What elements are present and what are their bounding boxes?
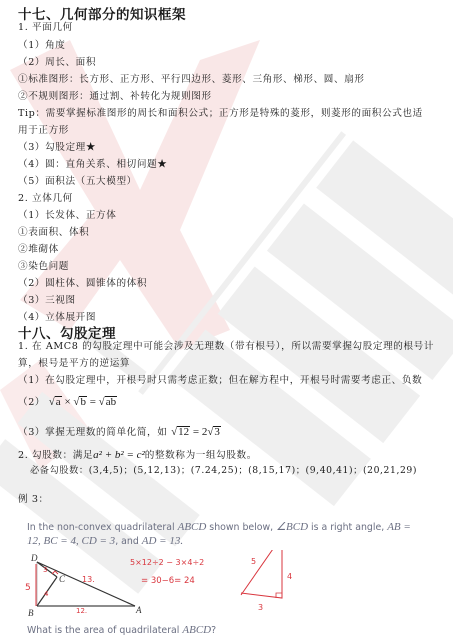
- math-abcd: ABCD: [178, 521, 207, 533]
- math-angle-bcd: ∠BCD: [276, 521, 308, 533]
- definition-prefix: 2. 勾股数：满足: [18, 450, 93, 461]
- list-item: ②不规则图形：通过割、补转化为规则图形: [18, 91, 212, 103]
- radicand-b: b: [79, 396, 87, 408]
- list-item: （1）长发体、正方体: [18, 210, 116, 222]
- ink-tri-hyp: 5: [251, 557, 256, 566]
- item-prefix: （3）掌握无理数的简单化简，如: [18, 427, 167, 438]
- triples-values: (3,4,5)；(5,12,13)；(7.24,25)；(8,15,17)；(9…: [89, 465, 417, 476]
- question-text: What is the area of quadrilateral: [27, 625, 182, 636]
- item-prefix: （2）: [18, 397, 45, 408]
- example-label: 例 3：: [18, 494, 49, 506]
- problem-text: is a right angle,: [308, 522, 387, 533]
- list-item: （3）勾股定理★: [18, 142, 96, 154]
- list-item: ③染色问题: [18, 261, 69, 273]
- math-lengths: 12, BC = 4, CD = 3: [27, 535, 115, 547]
- list-item: ②堆砌体: [18, 244, 59, 256]
- problem-text: , and: [115, 536, 142, 547]
- problem-text: shown below,: [206, 522, 276, 533]
- ink-calc-line1: 5×12÷2 − 3×4÷2: [130, 558, 204, 567]
- paragraph-line: 1. 在 AMC8 的勾股定理中可能会涉及无理数（带有根号），所以需要掌握勾股定…: [18, 341, 434, 353]
- ink-calc-line2: = 30−6= 24: [141, 576, 195, 586]
- list-item: （5）面积法（五大模型）: [18, 176, 137, 188]
- ink-side-da: 13.: [82, 575, 95, 584]
- ink-side-bc: 4: [44, 590, 49, 598]
- list-item: （3）三视图: [18, 295, 76, 307]
- paragraph-line: 算，根号是平方的逆运算: [18, 358, 130, 370]
- sqrt-simplify-formula: √12 = 2√3: [171, 426, 221, 438]
- pythagorean-formula: a² + b² = c²: [93, 449, 145, 461]
- ink-side-triangle: [241, 550, 282, 598]
- list-item: ①标准图形：长方形、正方形、平行四边形、菱形、三角形、梯形、圆、扇形: [18, 74, 365, 86]
- radicand-12: 12: [177, 426, 190, 438]
- math-abcd: ABCD: [182, 624, 211, 636]
- problem-statement-line1: In the non-convex quadrilateral ABCD sho…: [27, 520, 411, 533]
- list-item: 1. 平面几何: [18, 22, 73, 34]
- times-sign: ×: [64, 396, 70, 408]
- equals-two: = 2: [193, 426, 207, 438]
- list-item: ①表面积、体积: [18, 227, 89, 239]
- radicand-ab: ab: [105, 396, 117, 408]
- list-item: （4）圆：直角关系、相切问题★: [18, 159, 167, 171]
- problem-statement-line2: 12, BC = 4, CD = 3, and AD = 13.: [27, 535, 183, 547]
- label-c: C: [59, 574, 66, 584]
- pythagorean-triple-definition: 2. 勾股数：满足a² + b² = c²的整数称为一组勾股数。: [18, 449, 257, 462]
- triples-label: 必备勾股数：: [30, 465, 89, 476]
- list-item: （1）角度: [18, 40, 65, 52]
- ink-side-ba: 12.: [76, 607, 87, 615]
- question-line: What is the area of quadrilateral ABCD?: [27, 624, 216, 636]
- math-ab: AB =: [387, 521, 411, 533]
- tip-text: Tip：需要掌握标准图形的周长和面积公式；正方形是特殊的菱形，则菱形的面积公式也…: [18, 108, 423, 120]
- math-ad: AD = 13.: [142, 535, 183, 547]
- section-18-title: 十八、勾股定理: [18, 322, 116, 342]
- list-item: （1）在勾股定理中，开根号时只需考虑正数；但在解方程中，开根号时需要考虑正、负数: [18, 375, 422, 387]
- radicand-3: 3: [213, 426, 221, 438]
- equals-sign: =: [90, 396, 96, 408]
- problem-text: In the non-convex quadrilateral: [27, 522, 178, 533]
- definition-suffix: 的整数称为一组勾股数。: [145, 450, 257, 461]
- list-item: （2）周长、面积: [18, 57, 96, 69]
- label-a: A: [135, 605, 142, 615]
- formula-line-3: （3）掌握无理数的简单化简，如 √12 = 2√3: [18, 426, 221, 439]
- list-item: （2）圆柱体、圆锥体的体积: [18, 278, 147, 290]
- radicand-a: a: [55, 396, 62, 408]
- ink-tri-base: 3: [258, 603, 263, 612]
- formula-line-2: （2） √a × √b = √ab: [18, 396, 117, 409]
- triples-line: 必备勾股数：(3,4,5)；(5,12,13)；(7.24,25)；(8,15,…: [30, 465, 417, 477]
- ink-tri-vert: 4: [287, 572, 292, 581]
- sqrt-formula: √a × √b = √ab: [49, 396, 117, 408]
- tip-text-continued: 用于正方形: [18, 125, 69, 137]
- ink-side-db: 5: [25, 583, 31, 593]
- ink-side-cd: 3: [43, 566, 47, 574]
- label-d: D: [30, 553, 38, 563]
- label-b: B: [28, 608, 34, 618]
- question-mark: ?: [211, 625, 216, 636]
- section-17-title: 十七、几何部分的知识框架: [18, 3, 186, 23]
- list-item: 2. 立体几何: [18, 193, 73, 205]
- quadrilateral-diagram: D C B A 5 3 4 13. 12. 5×12÷2 − 3×4÷2 = 3…: [0, 550, 453, 620]
- document-page: 十七、几何部分的知识框架 1. 平面几何 （1）角度 （2）周长、面积 ①标准图…: [0, 0, 453, 642]
